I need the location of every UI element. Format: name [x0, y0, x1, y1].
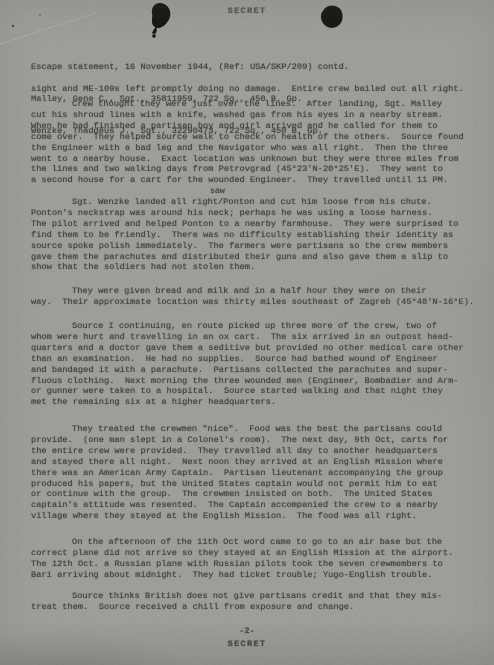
ink-stain-left-tail [152, 26, 157, 34]
paragraph-evacuation: On the afternoon of the 11th Oct word ca… [31, 537, 487, 581]
scanned-document-page: SECRET Escape statement, 16 November 194… [0, 0, 494, 665]
crease-line [0, 13, 96, 44]
page-number: -2- [0, 626, 494, 636]
speck-left-1 [12, 25, 14, 27]
classification-marking-bottom: SECRET [0, 639, 494, 649]
classification-marking-top: SECRET [0, 6, 494, 16]
paragraph-source-continuing: Source I continuing, en route picked up … [31, 321, 487, 408]
paragraph-crew-landing: Crew thought they were just over the lin… [31, 99, 487, 186]
paragraph-source-opinion: Source thinks British does not give part… [31, 591, 487, 613]
typed-insertion-saw: saw [210, 187, 225, 196]
paragraph-partisan-treatment: They treated the crewmen "nice". Food wa… [31, 424, 487, 522]
paragraph-continuation: sight and ME-109s left promptly doing no… [31, 84, 487, 95]
ink-stain-left-dot [152, 34, 155, 37]
header-reference-line: Escape statement, 16 November 1944, (Ref… [31, 62, 349, 73]
paragraph-bread-and-milk: They were given bread and milk and in a … [31, 286, 487, 308]
paragraph-wenzke-ponton: Sgt. Wenzke landed all right/Ponton and … [31, 197, 487, 273]
